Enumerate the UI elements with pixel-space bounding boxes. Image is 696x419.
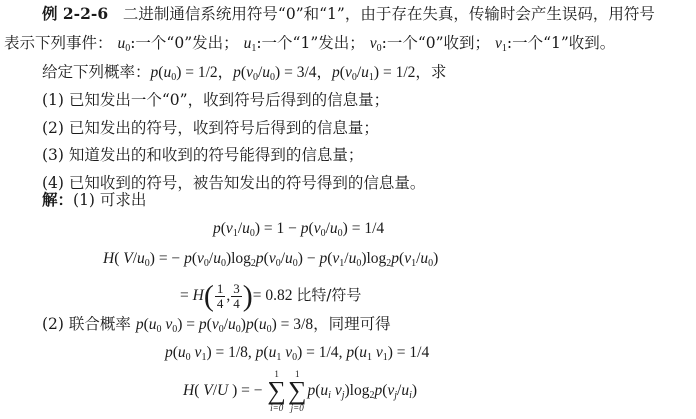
sum-i: 1∑i=0: [267, 369, 286, 413]
given-value-3: 1/2: [396, 64, 416, 81]
joint-value-1: 1/8: [228, 344, 248, 361]
question-2: (2) 已知发出的符号，收到符号后得到的信息量；: [42, 118, 379, 138]
given-suffix: ，求: [415, 63, 446, 81]
event-v1: v1:一个“1”收到。: [495, 34, 615, 52]
part2-result: 3/8: [293, 316, 313, 333]
given-prefix: 给定下列概率：: [42, 63, 151, 81]
event-v0: v0:一个“0”收到；: [370, 34, 490, 52]
events-prefix: 表示下列事件：: [4, 34, 113, 52]
part2-suffix: ，同理可得: [313, 315, 391, 333]
equation-1: p(v1/u0) = 1 − p(v0/u0) = 1/4: [213, 219, 384, 239]
solution-heading: 解：(1) 可求出: [42, 190, 146, 210]
given-value-1: 1/2: [198, 64, 218, 81]
joint-probabilities: p(u0 v1) = 1/8, p(u1 v0) = 1/4, p(u1 v1)…: [165, 343, 429, 363]
joint-value-3: 1/4: [409, 344, 429, 361]
part2-line: (2) 联合概率 p(u0 v0) = p(v0/u0)p(u0) = 3/8，…: [42, 314, 391, 335]
part1-intro: (1) 可求出: [73, 191, 146, 209]
equation-4: H( V/U ) = − 1∑i=01∑j=0p(ui vj)log2p(vj/…: [183, 367, 417, 415]
event-u1: u1:一个“1”发出；: [244, 34, 365, 52]
eq3-result: 0.82: [265, 287, 292, 304]
solution-label: 解：: [42, 190, 73, 209]
eq1-result: 1/4: [364, 220, 384, 237]
eq3-unit: 比特/符号: [296, 286, 361, 304]
fraction-1-4: 14: [215, 282, 226, 311]
joint-value-2: 1/4: [319, 344, 339, 361]
sum-j: 1∑j=0: [288, 369, 307, 413]
example-intro-line1: 例 2-2-6 二进制通信系统用符号“0”和“1”，由于存在失真，传输时会产生误…: [42, 4, 655, 24]
event-definitions: 表示下列事件： u0:一个“0”发出； u1:一个“1”发出； v0:一个“0”…: [4, 33, 615, 54]
question-3: (3) 知道发出的和收到的符号能得到的信息量；: [42, 145, 363, 165]
given-probabilities: 给定下列概率：p(u0) = 1/2，p(v0/u0) = 3/4，p(v0/u…: [42, 62, 446, 83]
equation-2: H( V/u0) = − p(v0/u0)log2p(v0/u0) − p(v1…: [103, 249, 438, 269]
fraction-3-4: 34: [231, 282, 242, 311]
example-label: 例 2-2-6: [42, 4, 108, 23]
question-1: (1) 已知发出一个“0”，收到符号后得到的信息量；: [42, 90, 389, 110]
event-u0: u0:一个“0”发出；: [117, 34, 238, 52]
intro-text: 二进制通信系统用符号“0”和“1”，由于存在失真，传输时会产生误码，用符号: [123, 5, 655, 23]
given-value-2: 3/4: [297, 64, 317, 81]
equation-3: = H(14,34)= 0.82 比特/符号: [180, 279, 361, 312]
part2-intro: (2) 联合概率: [42, 315, 131, 333]
